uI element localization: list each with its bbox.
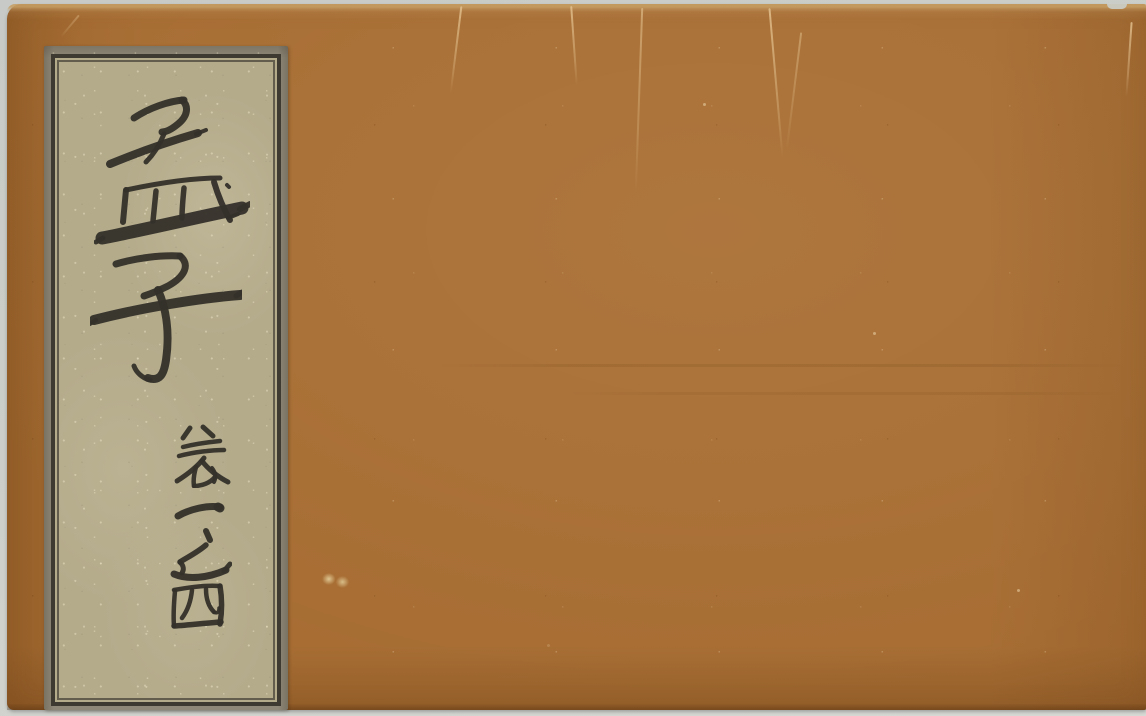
title-character-meng: [94, 90, 250, 250]
crease-line: [450, 6, 463, 94]
cover-edge-notch: [1107, 3, 1127, 9]
title-slip: [44, 46, 288, 710]
volume-character-zhi: [164, 526, 232, 582]
title-character-zi: [90, 252, 242, 392]
cover-top-edge: [7, 4, 1146, 12]
crease-line: [1125, 22, 1132, 97]
crease-line: [570, 6, 578, 86]
wear-streak: [567, 392, 1127, 395]
book-cover: [7, 4, 1146, 710]
crease-line: [635, 8, 643, 192]
paper-speck: [1017, 589, 1020, 592]
photo-backdrop: [0, 0, 1146, 716]
crease-line: [786, 32, 802, 149]
corner-scuff-line: [60, 15, 80, 38]
paper-speck: [703, 103, 706, 106]
paper-speck: [547, 644, 550, 647]
scuff-spot: [318, 570, 354, 590]
volume-character-si: [168, 582, 226, 632]
volume-character-yi: [174, 498, 226, 522]
wear-streak: [437, 364, 1127, 367]
crease-line: [768, 8, 783, 158]
paper-speck: [873, 332, 876, 335]
volume-character-juan: [170, 422, 232, 488]
